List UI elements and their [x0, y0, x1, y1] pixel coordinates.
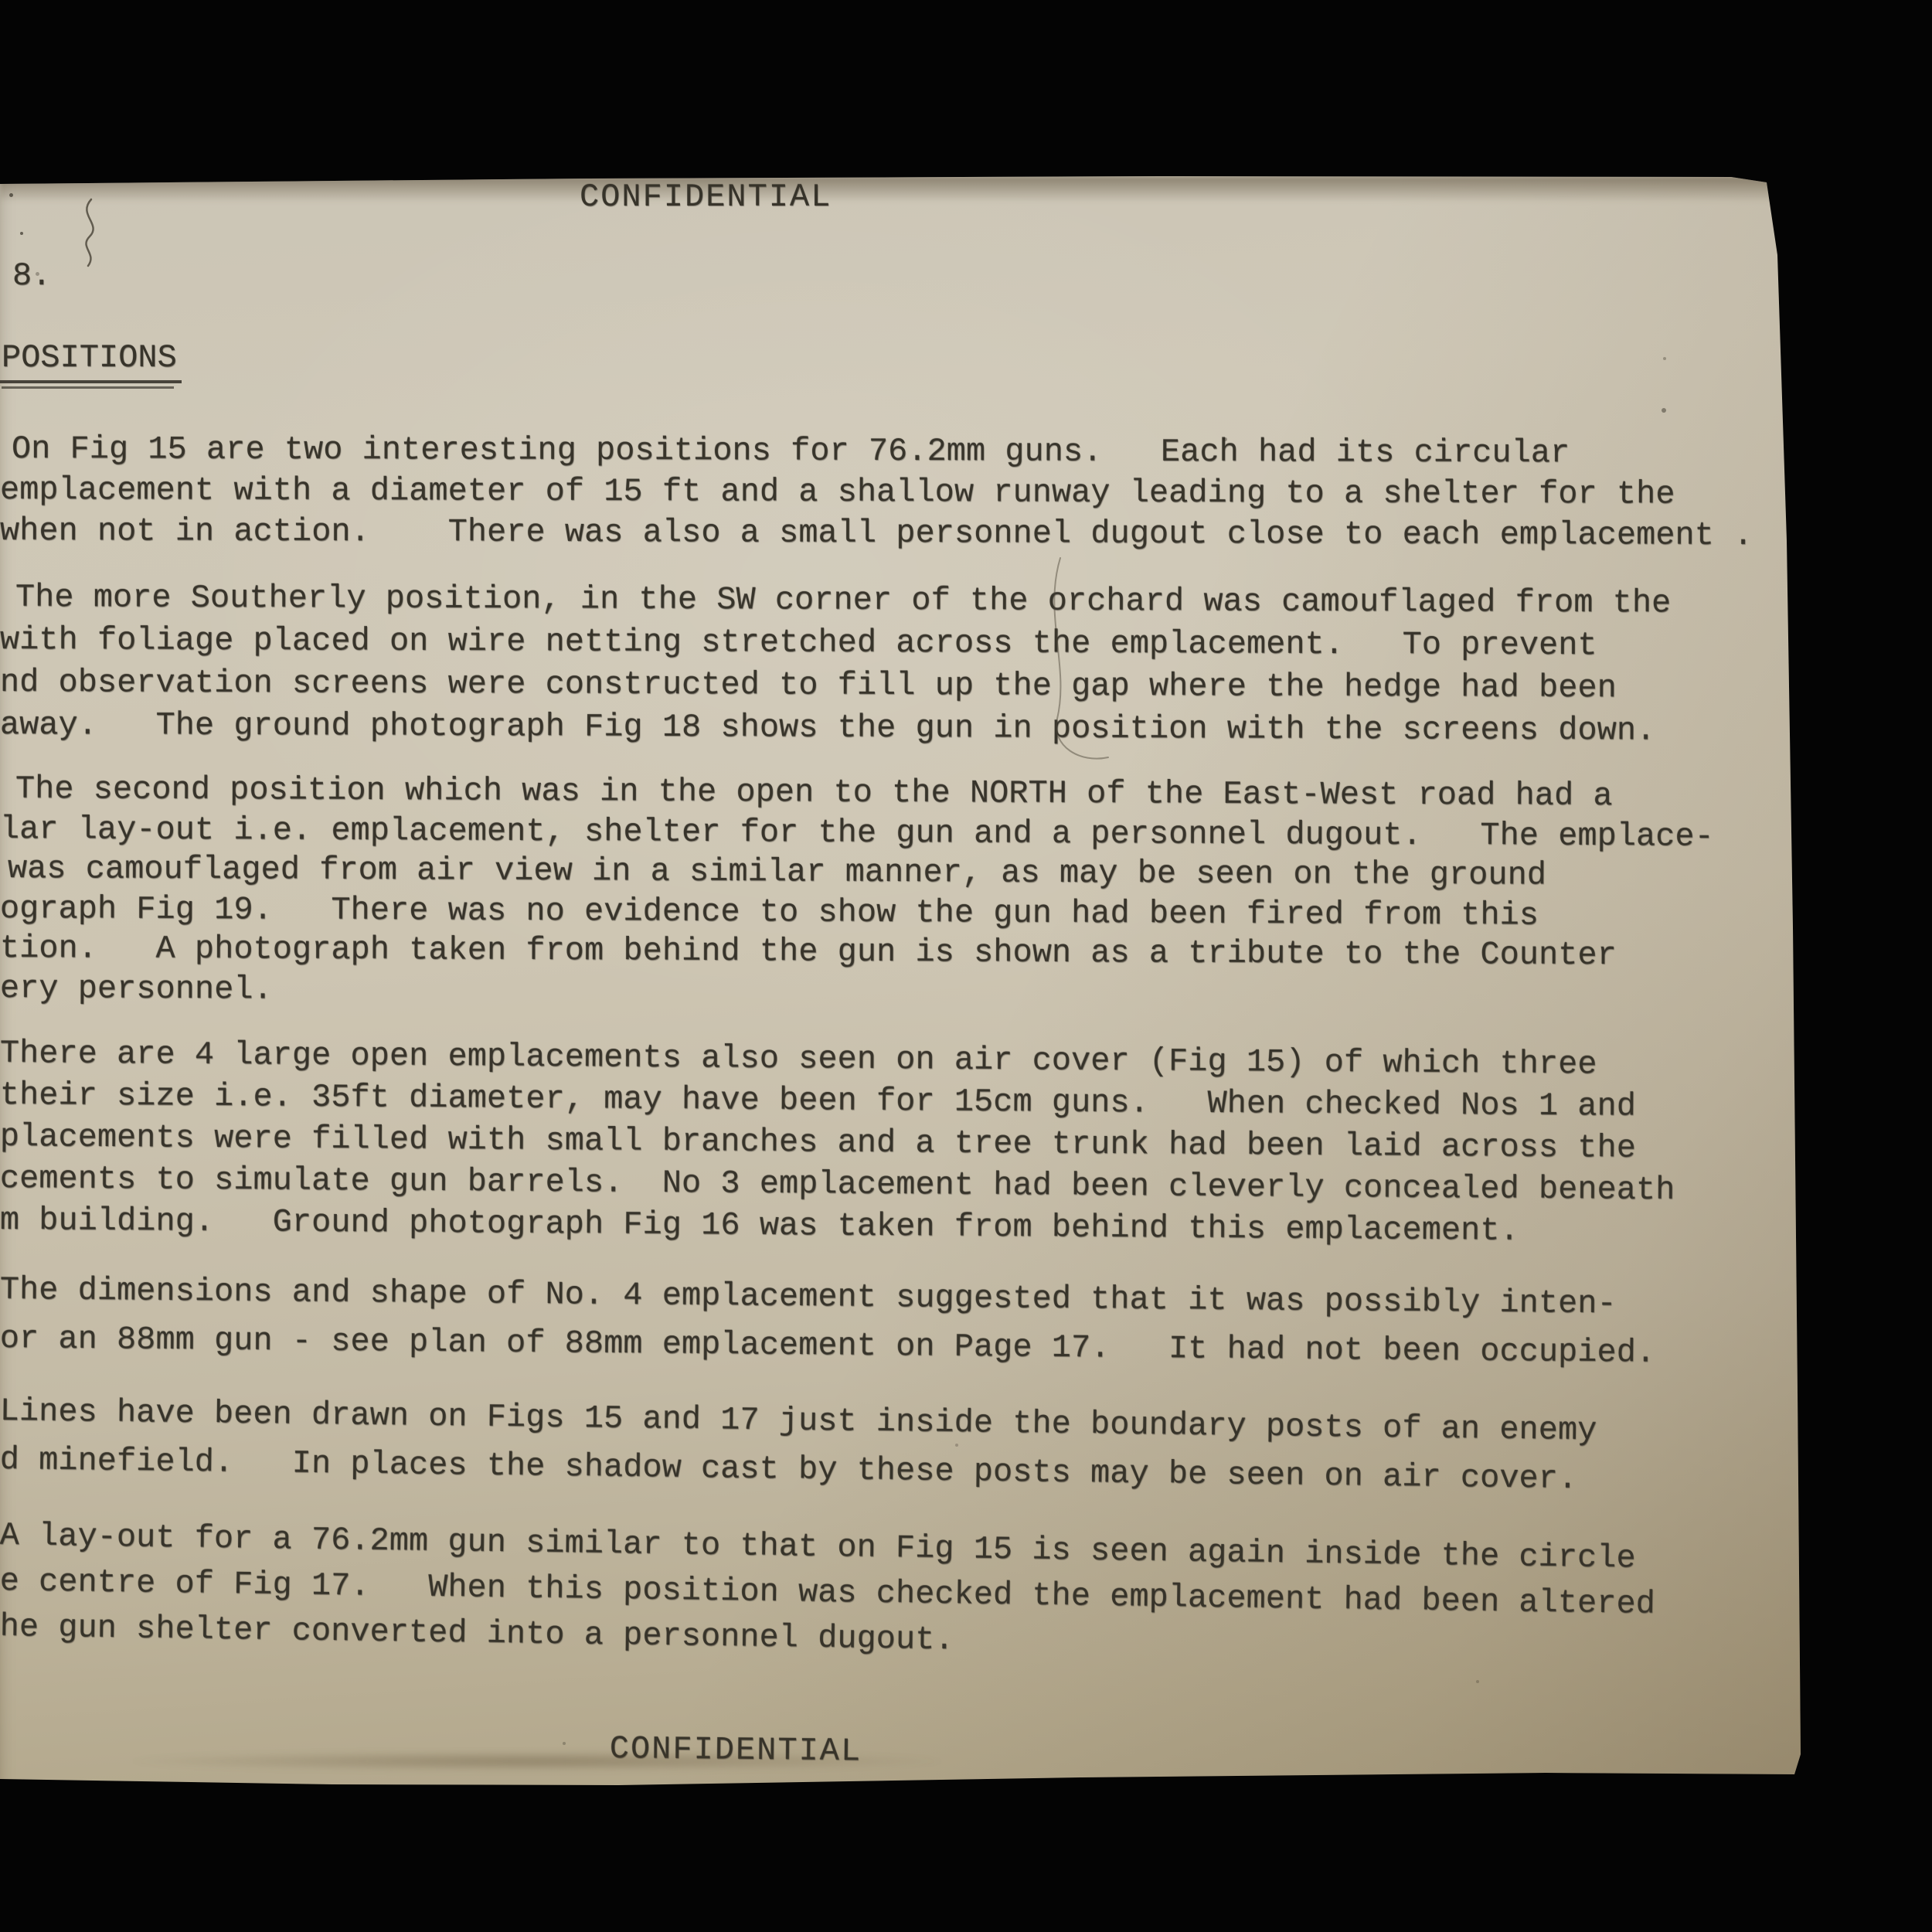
typed-line: placements were filled with small branch… [0, 1121, 1636, 1165]
paper-speck [1662, 408, 1666, 413]
typed-line: lar lay-out i.e. emplacement, shelter fo… [0, 813, 1714, 853]
page-number: 8. [12, 260, 51, 292]
typed-line: The second position which was in the ope… [15, 773, 1613, 812]
classification-header: CONFIDENTIAL [580, 181, 832, 213]
typed-line: when not in action. There was also a sma… [0, 515, 1753, 552]
paper-speck [9, 193, 13, 197]
typed-line: m building. Ground photograph Fig 16 was… [0, 1204, 1519, 1247]
typed-line: nd observation screens were constructed … [0, 666, 1617, 704]
typed-line: tion. A photograph taken from behind the… [0, 932, 1617, 971]
typed-line: emplacement with a diameter of 15 ft and… [0, 474, 1675, 511]
section-heading: POSITIONS [0, 342, 182, 383]
typed-line: ery personnel. [0, 972, 273, 1006]
typed-line: he gun shelter converted into a personne… [0, 1611, 954, 1656]
typed-line: The more Southerly position, in the SW c… [15, 581, 1671, 619]
paper-speck [1663, 357, 1666, 360]
typed-line: The dimensions and shape of No. 4 emplac… [0, 1274, 1617, 1320]
photo-of-document: CONFIDENTIAL 8. POSITIONS On Fig 15 are … [0, 0, 1932, 1932]
pencil-squiggle [86, 199, 93, 266]
typed-line: d minefield. In places the shadow cast b… [0, 1444, 1577, 1495]
typed-line: or an 88mm gun - see plan of 88mm emplac… [0, 1322, 1655, 1369]
typed-line: ograph Fig 19. There was no evidence to … [0, 893, 1539, 932]
typed-line: their size i.e. 35ft diameter, may have … [0, 1079, 1636, 1123]
paper-speck [1476, 1680, 1479, 1683]
typed-line: with foliage placed on wire netting stre… [0, 624, 1597, 662]
paper-speck [955, 1444, 958, 1447]
classification-footer: CONFIDENTIAL [610, 1733, 862, 1767]
typed-line: On Fig 15 are two interesting positions … [12, 433, 1570, 469]
paper-page: CONFIDENTIAL 8. POSITIONS On Fig 15 are … [0, 0, 1932, 1932]
typed-line: Lines have been drawn on Figs 15 and 17 … [0, 1395, 1597, 1447]
typed-line: cements to simulate gun barrels. No 3 em… [0, 1162, 1675, 1206]
paper-speck [563, 1742, 566, 1745]
paper-speck [20, 232, 23, 235]
typed-line: was camouflaged from air view in a simil… [8, 852, 1546, 892]
typed-line: away. The ground photograph Fig 18 shows… [0, 709, 1655, 747]
typed-line: There are 4 large open emplacements also… [0, 1037, 1597, 1080]
